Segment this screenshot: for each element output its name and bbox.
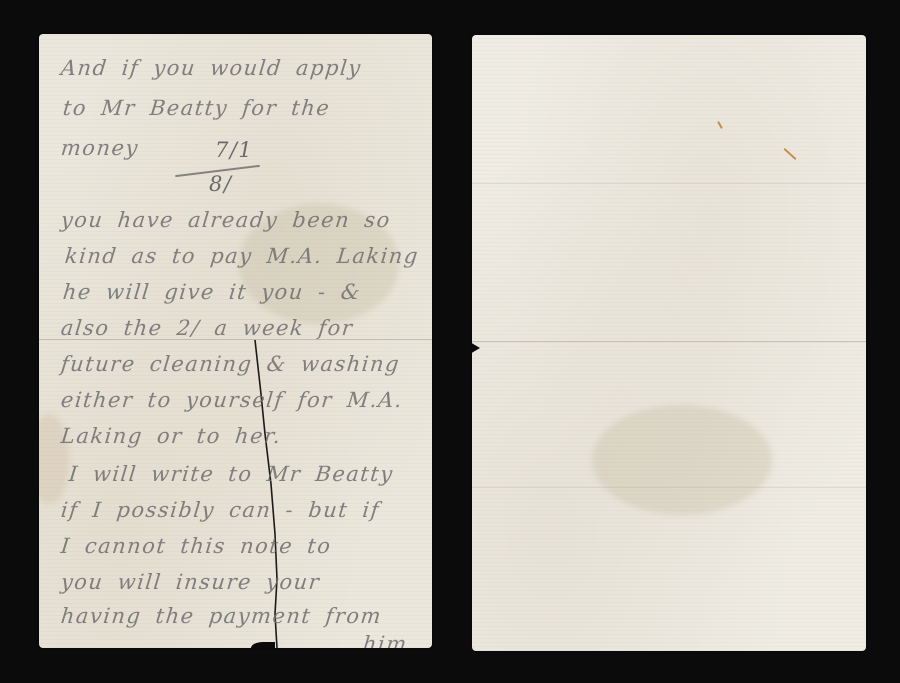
letter-line: I will write to Mr Beatty — [68, 462, 395, 486]
fraction-numerator: 7/1 — [215, 138, 253, 162]
fraction-annotation: 7/1 8/ — [175, 138, 265, 198]
letter-page-blank — [472, 35, 866, 651]
letter-line: you will insure your — [60, 570, 322, 594]
letter-line: future cleaning & washing — [60, 352, 402, 376]
edge-notch — [472, 342, 480, 354]
letter-line: if I possibly can - but if — [60, 498, 382, 522]
fold-line — [472, 341, 866, 343]
letter-line: him — [362, 632, 409, 648]
letter-page-handwritten: And if you would apply to Mr Beatty for … — [39, 34, 432, 648]
fraction-denominator: 8/ — [209, 172, 232, 196]
letter-line: Laking or to her. — [60, 424, 283, 448]
letter-line: money — [60, 136, 140, 160]
letter-line: either to yourself for M.A. — [60, 388, 405, 412]
letter-line: having the payment from — [60, 604, 384, 628]
rust-mark — [783, 148, 796, 160]
letter-line: you have already been so — [60, 208, 392, 232]
letter-line: And if you would apply — [60, 56, 363, 80]
paper-stain — [592, 405, 772, 515]
letter-line: I cannot this note to — [60, 534, 333, 558]
letter-line: also the 2/ a week for — [60, 316, 355, 340]
fold-line — [472, 183, 866, 185]
rust-mark — [717, 121, 723, 129]
letter-line: he will give it you - & — [62, 280, 363, 304]
torn-edge — [251, 642, 275, 648]
letter-line: kind as to pay M.A. Laking — [64, 244, 420, 268]
letter-line: to Mr Beatty for the — [62, 96, 332, 120]
